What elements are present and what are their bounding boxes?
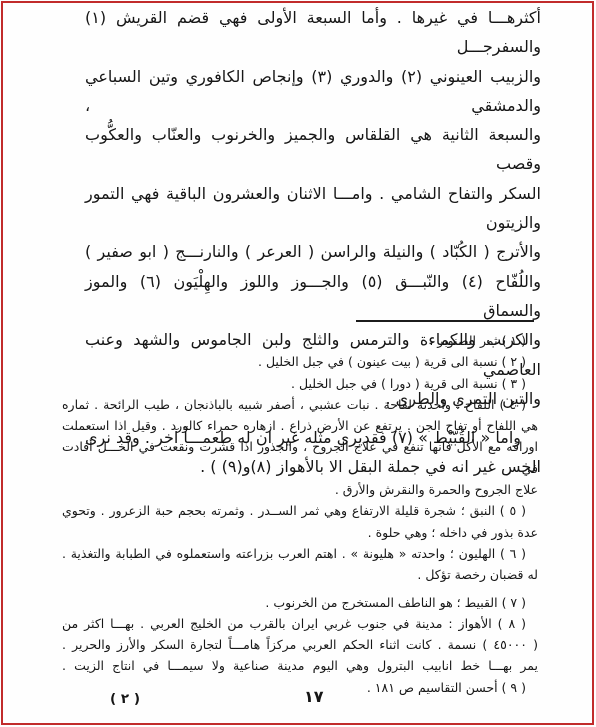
body-line: أكثرهـــا في غيرها . وأما السبعة الأولى … xyxy=(85,3,541,62)
footnotes: ( ١ ) ثمر الصنوبر . ( ٢ ) نسبة الى قرية … xyxy=(62,330,538,698)
footnote-line: ( ٣ ) نسبة الى قرية ( دورا ) في جبل الخل… xyxy=(62,373,538,394)
footnote-line: له قضبان رخصة تؤكل . xyxy=(62,564,538,585)
body-line: والسبعة الثانية هي القلقاس والجميز والخر… xyxy=(85,120,541,179)
footnote-line: ( ١ ) ثمر الصنوبر . xyxy=(62,330,538,351)
footnote-line: ( ٧ ) القبيط ؛ هو الناطف المستخرج من الخ… xyxy=(62,592,538,613)
body-line: السكر والتفاح الشامي . وامـــا الاثنان و… xyxy=(85,179,541,238)
footnote-line: ( ٨ ) الأهواز : مدينة في جنوب غربي ايران… xyxy=(62,613,538,634)
footnote-line: ( ٥ ) النبق ؛ شجرة قليلة الارتفاع وهي ثم… xyxy=(62,500,538,521)
footnote-line: هي اللفاح أو تفاح الجن . يرتفع عن الأرض … xyxy=(62,415,538,436)
page-number: ١٧ xyxy=(304,687,324,706)
body-line: واللُفّاح (٤) والنّبـــق (٥) والجـــوز و… xyxy=(85,267,541,326)
footnote-line: علاج الجروح والحمرة والنقرش والأرق . xyxy=(62,479,538,500)
footnote-line: ( ٤٥٠٠٠ ) نسمة . كانت اثناء الحكم العربي… xyxy=(62,634,538,655)
footnote-line: يمر بهـــا خط انابيب البترول وهي اليوم م… xyxy=(62,655,538,676)
body-line: والزبيب العينوني (٢) والدوري (٣) وإنجاص … xyxy=(85,62,541,121)
footnote-line: ( ٤ ) اللفاح ؛ واحدته لفاحة . نبات عشبي … xyxy=(62,394,538,415)
body-line: والأترج ( الكُبّاد ) والنيلة والراسن ( ا… xyxy=(85,237,541,266)
footnote-line: ( ٦ ) الهليون ؛ واحدته « هليونة » . اهتم… xyxy=(62,543,538,564)
footnote-line: عدة بذور في داخله ؛ وهي حلوة . xyxy=(62,522,538,543)
footnote-separator xyxy=(356,320,534,322)
footnote-line: ( ٢ ) نسبة الى قرية ( بيت عينون ) في جبل… xyxy=(62,351,538,372)
part-number: ( ٢ ) xyxy=(110,691,140,707)
footnote-line: اوراقه مع الأكل فانها تنفع في علاج الجرو… xyxy=(62,436,538,479)
